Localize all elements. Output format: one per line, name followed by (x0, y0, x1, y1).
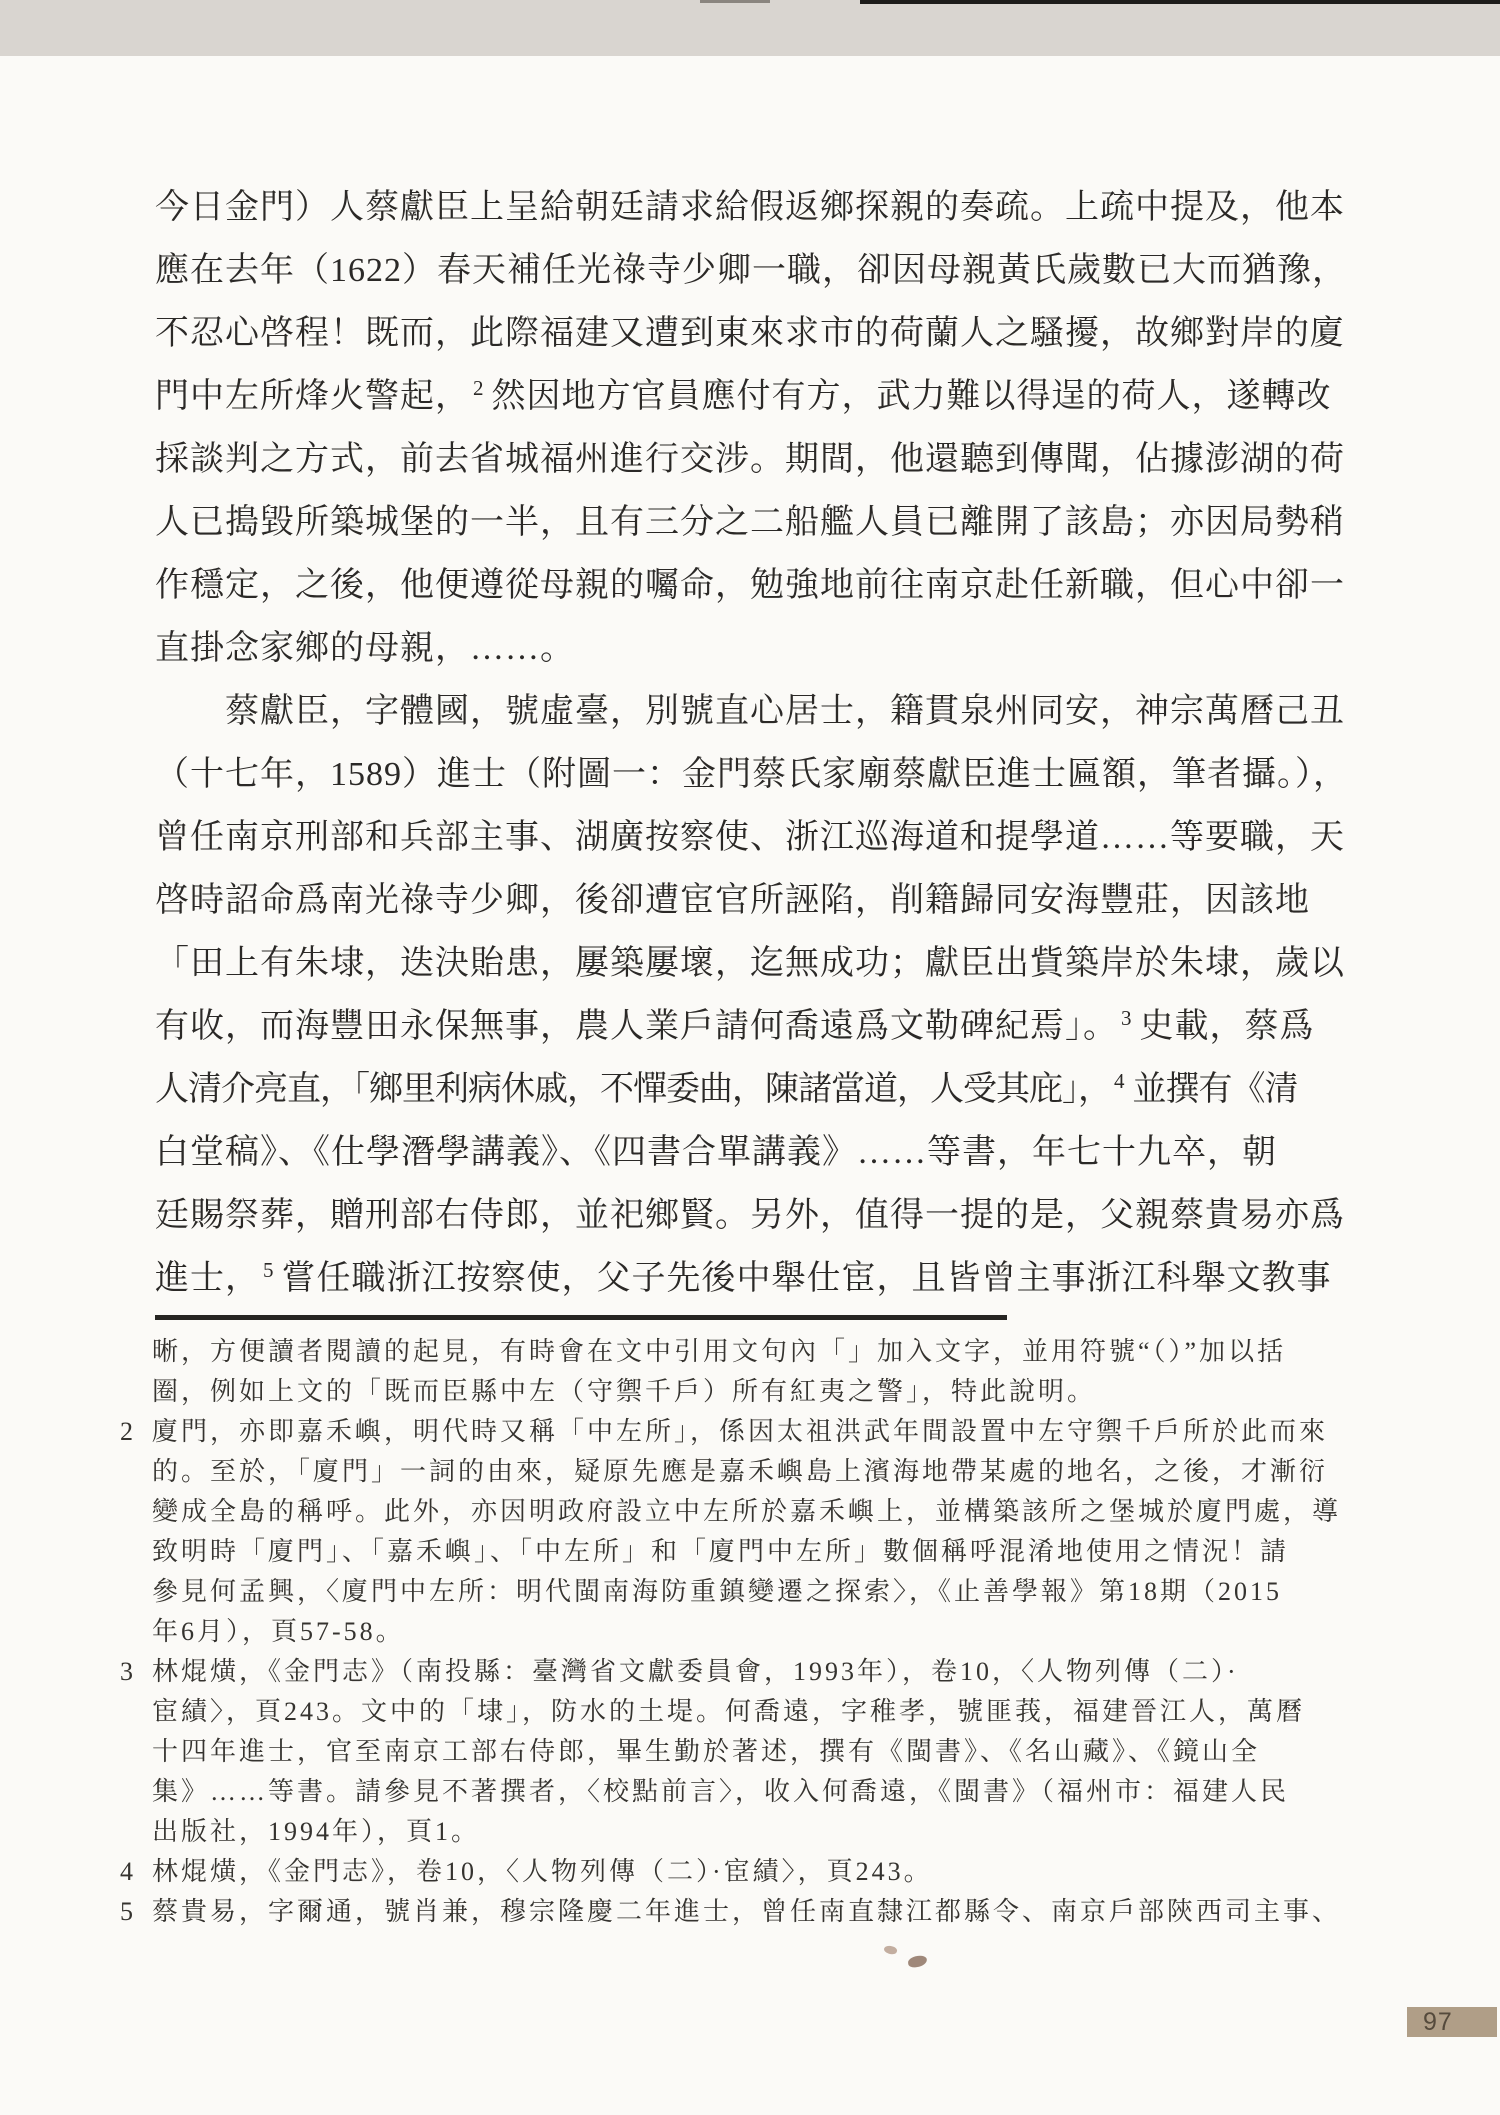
body-line-text: 「田上有朱埭，迭決貽患，屢築屢壞，迄無成功；獻臣出貲築岸於朱埭，歲以 (155, 945, 1345, 982)
page-number: 97 (1423, 2008, 1453, 2036)
body-line-text: 有收，而海豐田永保無事，農人業戶請何喬遠爲文勒碑紀焉」。 (155, 1008, 1118, 1045)
footnote-line: 4林焜熿，《金門志》，卷10，〈人物列傳（二）·宦績〉，頁243。 (120, 1852, 1390, 1892)
footnote-text: 十四年進士，官至南京工部右侍郎，畢生勤於著述，撰有《閩書》、《名山藏》、《鏡山全 (152, 1737, 1260, 1766)
footnote-line: 致明時「廈門」、「嘉禾嶼」、「中左所」和「廈門中左所」數個稱呼混淆地使用之情況！… (120, 1532, 1390, 1572)
footnote-text: 年6月），頁57-58。 (152, 1617, 405, 1646)
body-line-text: 曾任南京刑部和兵部主事、湖廣按察使、浙江巡海道和提學道……等要職，天 (155, 819, 1345, 856)
footnote-line: 3林焜熿，《金門志》（南投縣：臺灣省文獻委員會，1993年），卷10，〈人物列傳… (120, 1652, 1390, 1692)
footnote-ref-3: 3 (1121, 1006, 1132, 1030)
footnote-text: 蔡貴易，字爾通，號肖兼，穆宗隆慶二年進士，曾任南直隸江都縣令、南京戶部陝西司主事… (152, 1897, 1341, 1926)
footnote-text: 出版社，1994年），頁1。 (152, 1817, 480, 1846)
body-line: 「田上有朱埭，迭決貽患，屢築屢壞，迄無成功；獻臣出貲築岸於朱埭，歲以 (155, 932, 1370, 995)
body-line-text: 史載，蔡爲 (1140, 1008, 1315, 1045)
footnote-line: 十四年進士，官至南京工部右侍郎，畢生勤於著述，撰有《閩書》、《名山藏》、《鏡山全 (120, 1732, 1390, 1772)
body-line-text: 人已搗毀所築城堡的一半，且有三分之二船艦人員已離開了該島；亦因局勢稍 (155, 504, 1345, 541)
body-line: 作穩定，之後，他便遵從母親的囑命，勉強地前往南京赴任新職，但心中卻一 (155, 554, 1370, 617)
footnote-line: 宦績〉，頁243。文中的「埭」，防水的土堤。何喬遠，字稚孝，號匪莪，福建晉江人，… (120, 1692, 1390, 1732)
footnote-line: 圈，例如上文的「既而臣縣中左（守禦千戶）所有紅夷之警」，特此說明。 (120, 1372, 1390, 1412)
body-line: 曾任南京刑部和兵部主事、湖廣按察使、浙江巡海道和提學道……等要職，天 (155, 806, 1370, 869)
body-line: （十七年，1589）進士（附圖一：金門蔡氏家廟蔡獻臣進士匾額，筆者攝。）， (155, 743, 1370, 806)
body-line: 人清介亮直，「鄉里利病休戚，不憚委曲，陳諸當道，人受其庇」，4並撰有《清 (155, 1058, 1370, 1121)
body-line: 啓時詔命爲南光祿寺少卿，後卻遭宦官所誣陷，削籍歸同安海豐莊，因該地 (155, 869, 1370, 932)
footnote-ref-2: 2 (473, 376, 484, 400)
body-line-text: 今日金門）人蔡獻臣上呈給朝廷請求給假返鄉探親的奏疏。上疏中提及，他本 (155, 189, 1345, 226)
body-text: 今日金門）人蔡獻臣上呈給朝廷請求給假返鄉探親的奏疏。上疏中提及，他本 應在去年（… (155, 176, 1370, 1310)
footnote-line: 出版社，1994年），頁1。 (120, 1812, 1390, 1852)
body-line: 有收，而海豐田永保無事，農人業戶請何喬遠爲文勒碑紀焉」。3史載，蔡爲 (155, 995, 1370, 1058)
body-line-text: 白堂稿》、《仕學潛學講義》、《四書合單講義》……等書，年七十九卒，朝 (155, 1134, 1277, 1171)
body-line-text: 廷賜祭葬，贈刑部右侍郎，並祀鄉賢。另外，值得一提的是，父親蔡貴易亦爲 (155, 1197, 1345, 1234)
footnote-number: 5 (120, 1892, 152, 1932)
footnote-number: 4 (120, 1852, 152, 1892)
footnote-text: 集》……等書。請參見不著撰者，〈校點前言〉，收入何喬遠，《閩書》（福州市：福建人… (152, 1777, 1289, 1806)
footnote-line: 集》……等書。請參見不著撰者，〈校點前言〉，收入何喬遠，《閩書》（福州市：福建人… (120, 1772, 1390, 1812)
footnote-line: 變成全島的稱呼。此外，亦因明政府設立中左所於嘉禾嶼上，並構築該所之堡城於廈門處，… (120, 1492, 1390, 1532)
body-line-paragraph-start: 蔡獻臣，字體國，號虛臺，別號直心居士，籍貫泉州同安，神宗萬曆己丑 (155, 680, 1370, 743)
body-line: 應在去年（1622）春天補任光祿寺少卿一職，卻因母親黃氏歲數已大而猶豫， (155, 239, 1370, 302)
body-line-text: 進士， (155, 1260, 260, 1297)
body-line-text: 不忍心啓程！既而，此際福建又遭到東來求市的荷蘭人之騷擾，故鄉對岸的廈 (155, 315, 1345, 352)
footnote-text: 參見何孟興，〈廈門中左所：明代閩南海防重鎮變遷之探索〉，《止善學報》第18期（2… (152, 1577, 1282, 1606)
body-line-text: 然因地方官員應付有方，武力難以得逞的荷人，遂轉改 (492, 378, 1332, 415)
footnote-text: 圈，例如上文的「既而臣縣中左（守禦千戶）所有紅夷之警」，特此說明。 (152, 1377, 1096, 1406)
body-line: 進士，5嘗任職浙江按察使，父子先後中舉仕宦，且皆曾主事浙江科舉文教事 (155, 1247, 1370, 1310)
body-line: 門中左所烽火警起，2然因地方官員應付有方，武力難以得逞的荷人，遂轉改 (155, 365, 1370, 428)
footnote-text: 的。至於，「廈門」一詞的由來，疑原先應是嘉禾嶼島上濱海地帶某處的地名，之後，才漸… (152, 1457, 1328, 1486)
body-line: 人已搗毀所築城堡的一半，且有三分之二船艦人員已離開了該島；亦因局勢稍 (155, 491, 1370, 554)
footnote-text: 林焜熿，《金門志》（南投縣：臺灣省文獻委員會，1993年），卷10，〈人物列傳（… (152, 1657, 1239, 1686)
footnote-block: 晰，方便讀者閱讀的起見，有時會在文中引用文句內「」加入文字，並用符號“（）”加以… (120, 1332, 1390, 1932)
footnote-line: 參見何孟興，〈廈門中左所：明代閩南海防重鎮變遷之探索〉，《止善學報》第18期（2… (120, 1572, 1390, 1612)
footnote-text: 晰，方便讀者閱讀的起見，有時會在文中引用文句內「」加入文字，並用符號“（）”加以… (152, 1337, 1286, 1366)
body-line-text: 門中左所烽火警起， (155, 378, 470, 415)
body-line-text: 採談判之方式，前去省城福州進行交涉。期間，他還聽到傳聞，佔據澎湖的荷 (155, 441, 1345, 478)
body-line-text: 應在去年（1622）春天補任光祿寺少卿一職，卻因母親黃氏歲數已大而猶豫， (155, 252, 1347, 289)
body-line-text: 並撰有《清 (1133, 1071, 1298, 1108)
footnote-number: 3 (120, 1652, 152, 1692)
body-line-text: 作穩定，之後，他便遵從母親的囑命，勉強地前往南京赴任新職，但心中卻一 (155, 567, 1345, 604)
footnote-number: 2 (120, 1412, 152, 1452)
body-line: 今日金門）人蔡獻臣上呈給朝廷請求給假返鄉探親的奏疏。上疏中提及，他本 (155, 176, 1370, 239)
scanner-edge-band (0, 0, 1500, 56)
body-line-text: 人清介亮直，「鄉里利病休戚，不憚委曲，陳諸當道，人受其庇」， (155, 1071, 1111, 1108)
footnote-line: 晰，方便讀者閱讀的起見，有時會在文中引用文句內「」加入文字，並用符號“（）”加以… (120, 1332, 1390, 1372)
footnote-line: 2廈門，亦即嘉禾嶼，明代時又稱「中左所」，係因太祖洪武年間設置中左守禦千戶所於此… (120, 1412, 1390, 1452)
footnote-line: 的。至於，「廈門」一詞的由來，疑原先應是嘉禾嶼島上濱海地帶某處的地名，之後，才漸… (120, 1452, 1390, 1492)
body-line-text: 嘗任職浙江按察使，父子先後中舉仕宦，且皆曾主事浙江科舉文教事 (282, 1260, 1332, 1297)
body-line-text: 蔡獻臣，字體國，號虛臺，別號直心居士，籍貫泉州同安，神宗萬曆己丑 (225, 693, 1345, 730)
footnote-separator-rule (155, 1315, 1007, 1320)
body-line: 廷賜祭葬，贈刑部右侍郎，並祀鄉賢。另外，值得一提的是，父親蔡貴易亦爲 (155, 1184, 1370, 1247)
body-line-text: 啓時詔命爲南光祿寺少卿，後卻遭宦官所誣陷，削籍歸同安海豐莊，因該地 (155, 882, 1310, 919)
footnote-text: 林焜熿，《金門志》，卷10，〈人物列傳（二）·宦績〉，頁243。 (152, 1857, 933, 1886)
footnote-ref-5: 5 (263, 1258, 274, 1282)
footnote-ref-4: 4 (1114, 1069, 1125, 1093)
body-line-text: 直掛念家鄉的母親，……。 (155, 630, 575, 667)
body-line: 採談判之方式，前去省城福州進行交涉。期間，他還聽到傳聞，佔據澎湖的荷 (155, 428, 1370, 491)
footnote-text: 變成全島的稱呼。此外，亦因明政府設立中左所於嘉禾嶼上，並構築該所之堡城於廈門處，… (152, 1497, 1341, 1526)
footnote-line: 5蔡貴易，字爾通，號肖兼，穆宗隆慶二年進士，曾任南直隸江都縣令、南京戶部陝西司主… (120, 1892, 1390, 1932)
page-number-badge: 97 (1407, 2007, 1497, 2037)
body-line: 不忍心啓程！既而，此際福建又遭到東來求市的荷蘭人之騷擾，故鄉對岸的廈 (155, 302, 1370, 365)
scan-edge-artifact (700, 0, 770, 3)
footnote-text: 宦績〉，頁243。文中的「埭」，防水的土堤。何喬遠，字稚孝，號匪莪，福建晉江人，… (152, 1697, 1305, 1726)
footnote-text: 廈門，亦即嘉禾嶼，明代時又稱「中左所」，係因太祖洪武年間設置中左守禦千戶所於此而… (152, 1417, 1328, 1446)
body-line: 直掛念家鄉的母親，……。 (155, 617, 1370, 680)
scanned-document-page: 今日金門）人蔡獻臣上呈給朝廷請求給假返鄉探親的奏疏。上疏中提及，他本 應在去年（… (0, 0, 1500, 2115)
body-line-text: （十七年，1589）進士（附圖一：金門蔡氏家廟蔡獻臣進士匾額，筆者攝。）， (155, 756, 1348, 793)
ink-stain (907, 1955, 927, 1969)
body-line: 白堂稿》、《仕學潛學講義》、《四書合單講義》……等書，年七十九卒，朝 (155, 1121, 1370, 1184)
footnote-line: 年6月），頁57-58。 (120, 1612, 1390, 1652)
ink-stain (883, 1944, 898, 1956)
scan-edge-artifact (860, 0, 1500, 4)
footnote-text: 致明時「廈門」、「嘉禾嶼」、「中左所」和「廈門中左所」數個稱呼混淆地使用之情況！… (152, 1537, 1289, 1566)
